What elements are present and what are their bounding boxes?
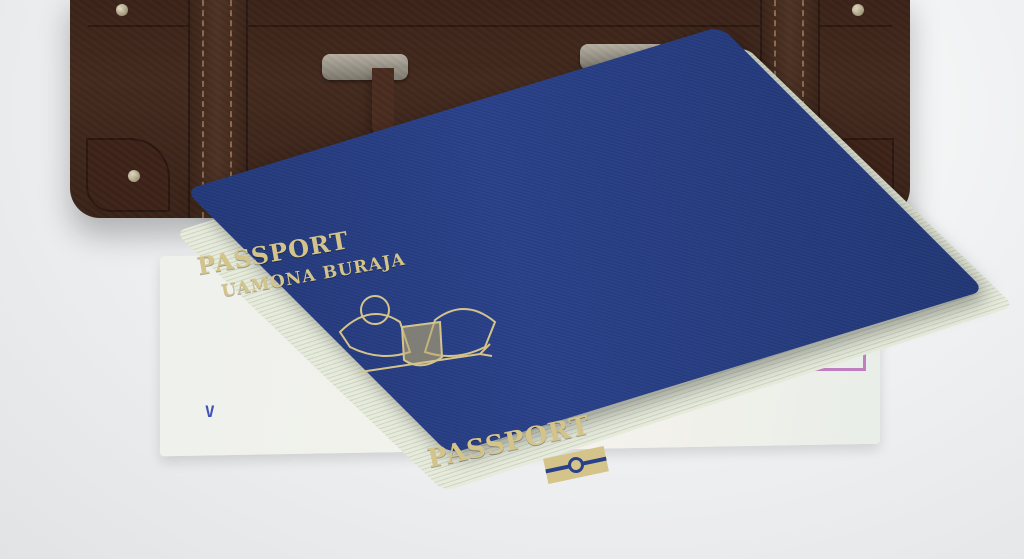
suitcase-corner-left: [86, 138, 170, 212]
visa-side-text: V: [205, 402, 215, 421]
eagle-crest-icon: [330, 292, 505, 382]
handle-plate-left: [322, 54, 408, 80]
rivet-icon: [128, 170, 140, 182]
rivet-icon: [116, 4, 128, 16]
suitcase-lid-seam: [88, 25, 892, 27]
photo-scene: HR VISA UABURI1110 ENTO DN LIMS VISA Juv…: [0, 0, 1024, 559]
rivet-icon: [852, 4, 864, 16]
